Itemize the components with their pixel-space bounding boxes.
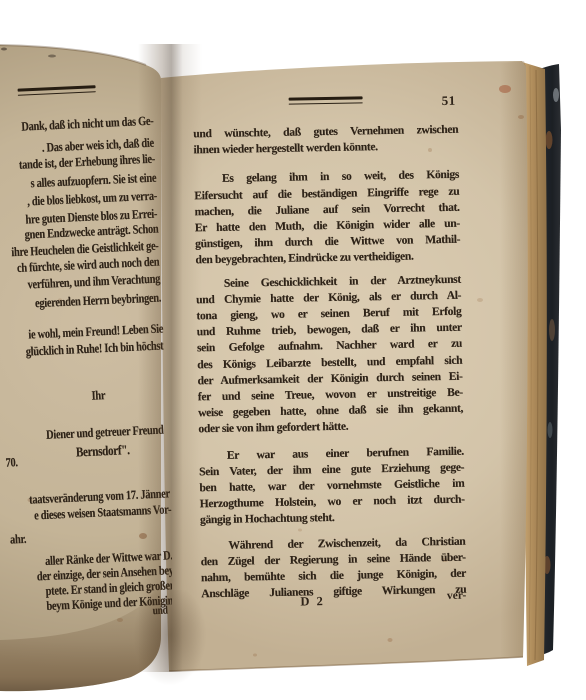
text-line: ahr. — [10, 532, 27, 548]
text-line: gängig in Hochachtung steht. — [200, 508, 465, 529]
signature-mark: D 2 — [300, 594, 325, 609]
right-page-text: 51 und wünschte, daß gutes Vernehmen zwi… — [191, 0, 468, 700]
text-line: ihnen wieder hergestellt werden könnte. — [193, 138, 458, 159]
right-header-rule-ornament — [289, 96, 363, 104]
rule-thick-bar — [289, 96, 363, 101]
right-page-edge-shading — [500, 61, 528, 659]
paragraph: Es gelang ihm in so weit, des KönigsEife… — [194, 167, 461, 269]
left-page-text: Dank, daß ich nicht um das Ge-. Das aber… — [0, 0, 172, 700]
catchword: und — [152, 604, 167, 617]
left-page-text-clip: Dank, daß ich nicht um das Ge-. Das aber… — [0, 0, 172, 700]
text-line: s alles aufzuopfern. Sie ist eine — [30, 171, 156, 192]
rule-thin-bar — [18, 91, 96, 96]
paragraph: Seine Geschicklichkeit in der Arztneykun… — [196, 271, 464, 438]
paragraph: Er war aus einer berufnen Familie.Sein V… — [199, 443, 465, 529]
text-line: oder sie von ihm gefordert hätte. — [198, 417, 463, 438]
text-line: Ihr — [92, 388, 106, 404]
text-line: tande ist, der Erhebung ihres lie- — [19, 152, 156, 173]
left-header-rule-ornament — [18, 85, 96, 96]
paragraph: und wünschte, daß gutes Vernehmen zwisch… — [193, 122, 459, 159]
text-line: verführen, und ihm Verachtung — [28, 271, 161, 292]
text-line: Dank, daß ich nicht um das Ge- — [21, 114, 154, 135]
text-line: , die blos liebkost, um zu verra- — [27, 189, 157, 210]
text-line: den beygebrachten, Eindrücke zu vertheid… — [195, 248, 460, 269]
text-line: egierenden Herrn beybringen. — [35, 290, 162, 311]
text-line: Bernsdorf". — [76, 442, 130, 460]
page-number: 51 — [442, 93, 456, 109]
open-book-photo: Dank, daß ich nicht um das Ge-. Das aber… — [0, 0, 586, 700]
text-line: 70. — [5, 455, 18, 471]
rule-thin-bar — [289, 102, 363, 105]
catchword: ver- — [447, 590, 467, 602]
right-page-paragraphs: und wünschte, daß gutes Vernehmen zwisch… — [193, 122, 466, 603]
text-line: Diener und getreuer Freund — [45, 422, 163, 442]
paragraph: Während der Zwischenzeit, da Christiande… — [200, 533, 466, 602]
text-line: Anschläge Julianens giftige Wirkungen zu — [201, 582, 466, 603]
